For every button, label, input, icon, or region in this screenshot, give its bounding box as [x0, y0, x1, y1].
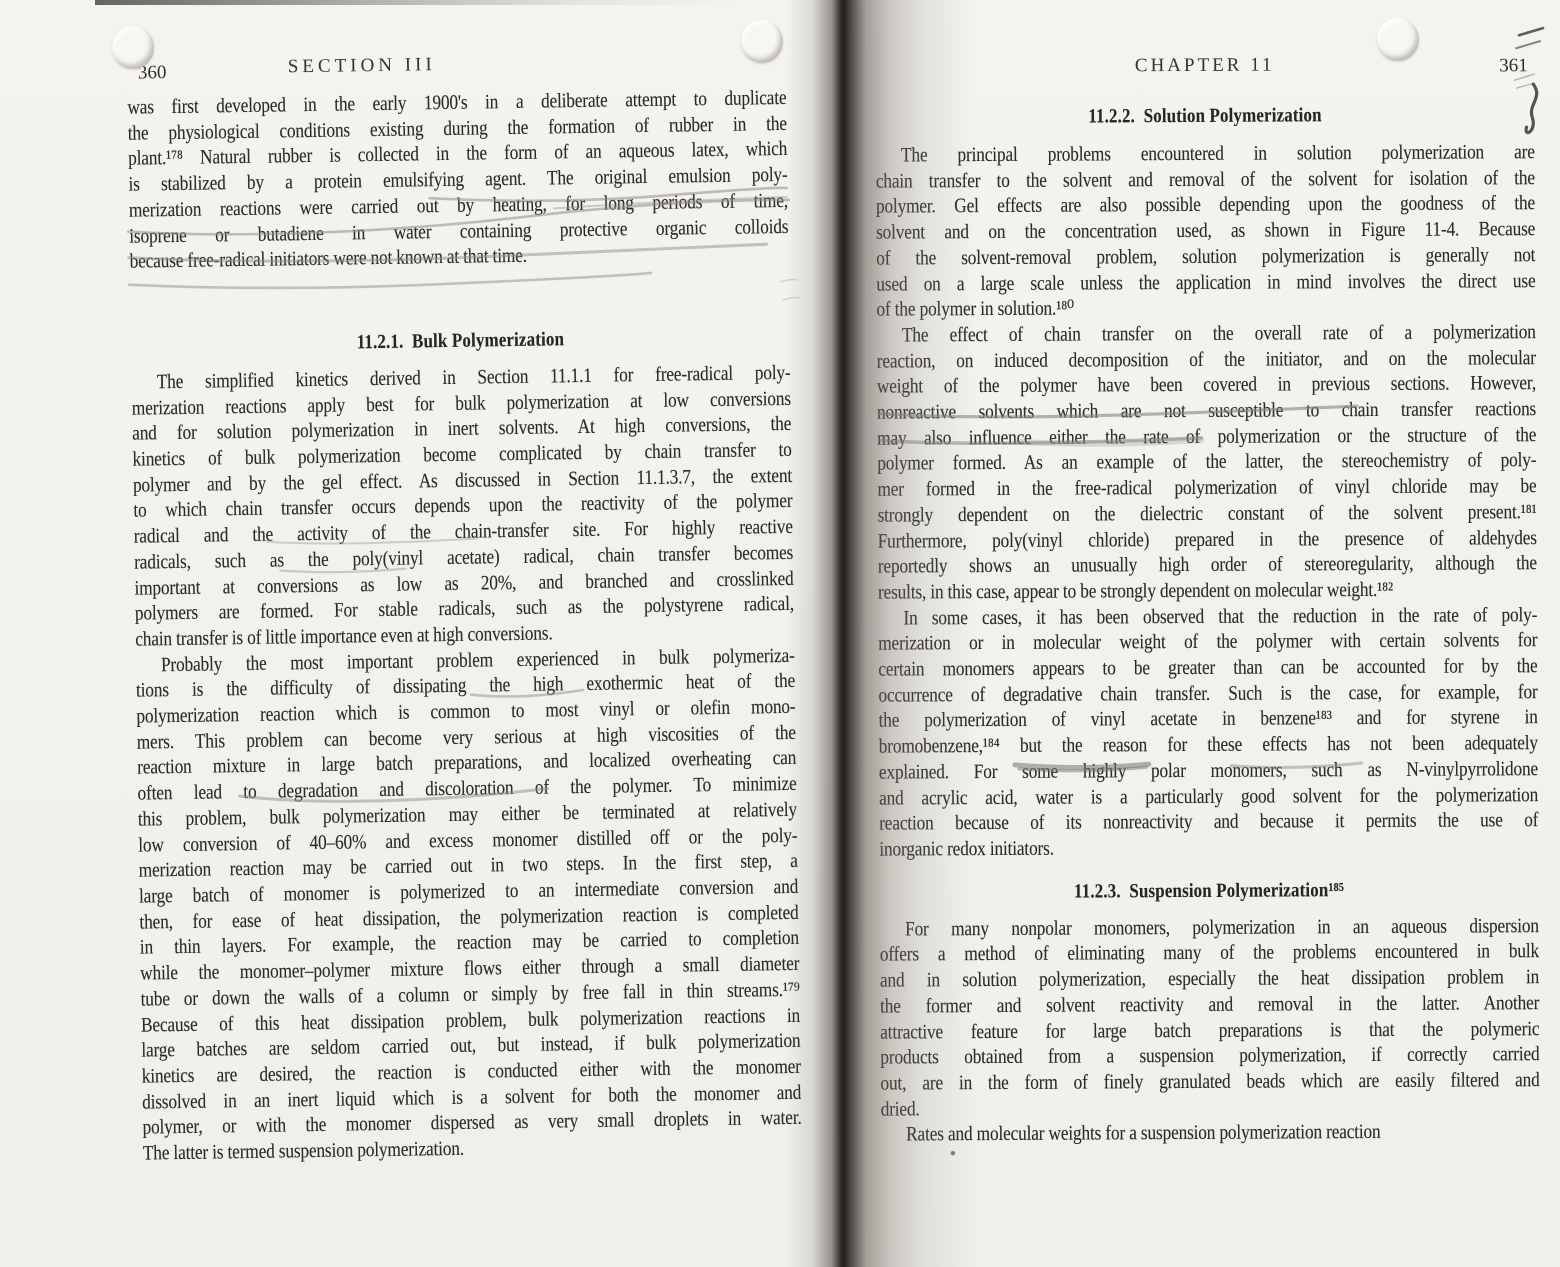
punch-hole — [741, 20, 783, 63]
text-line: Furthermore, poly(vinyl chloride) prepar… — [878, 526, 1537, 555]
page-number-right: 361 — [1499, 55, 1528, 77]
text-line: used on a large scale unless the applica… — [876, 269, 1535, 298]
text-line: occurrence of degradative chain transfer… — [878, 680, 1537, 709]
paragraph: The simplified kinetics derived in Secti… — [131, 361, 794, 653]
text-line: offers a method of eliminating many of t… — [880, 940, 1539, 969]
text-line: strongly dependent on the dielectric con… — [877, 500, 1536, 529]
running-head-left: SECTION III — [288, 54, 436, 78]
text-line: attractive feature for large batch prepa… — [880, 1017, 1539, 1046]
text-line: polymer formed. As an example of the lat… — [877, 449, 1536, 478]
stray-ink-dot — [951, 1151, 955, 1155]
left-text-column: was first developed in the early 1900's … — [127, 86, 802, 1167]
text-line: polymer. Gel effects are also possible d… — [876, 192, 1535, 221]
text-line: reaction because of its nonreactivity an… — [879, 808, 1538, 837]
text-line: the polymerization of vinyl acetate in b… — [879, 706, 1538, 735]
text-line: of the polymer in solution.¹⁸⁰ — [876, 294, 1535, 323]
text-line: results, in this case, appear to be stro… — [878, 577, 1537, 606]
paragraph: The principal problems encountered in so… — [876, 140, 1536, 323]
text-line: certain monomers appears to be greater t… — [878, 654, 1537, 683]
text-line: Rates and molecular weights for a suspen… — [881, 1119, 1540, 1148]
text-line: reportedly shows an unusually high order… — [878, 551, 1537, 580]
section-heading-suspension-polymerization: 11.2.3. Suspension Polymerization¹⁸⁵ — [879, 876, 1538, 905]
text-line: The effect of chain transfer on the over… — [877, 320, 1536, 349]
text-line: weight of the polymer have been covered … — [877, 371, 1536, 400]
text-line: mer formed in the free-radical polymeriz… — [877, 474, 1536, 503]
text-line: products obtained from a suspension poly… — [880, 1042, 1539, 1071]
text-line: the former and solvent reactivity and re… — [880, 991, 1539, 1020]
text-line: may also influence either the rate of po… — [877, 423, 1536, 452]
paragraph: In some cases, it has been observed that… — [878, 603, 1538, 863]
text-line: bromobenzene,¹⁸⁴ but the reason for thes… — [879, 731, 1538, 760]
section-heading-solution-polymerization: 11.2.2. Solution Polymerization — [875, 101, 1534, 130]
text-line: explained. For some highly polar monomer… — [879, 757, 1538, 786]
text-line: and acrylic acid, water is a particularl… — [879, 783, 1538, 812]
text-line: and in solution polymerization, especial… — [880, 965, 1539, 994]
paragraph: The effect of chain transfer on the over… — [877, 320, 1538, 606]
text-line: dried. — [881, 1094, 1540, 1123]
text-line: of the solvent-removal problem, solution… — [876, 243, 1535, 272]
paragraph: Rates and molecular weights for a suspen… — [881, 1119, 1540, 1148]
right-page: CHAPTER 11 361 11.2.2. Solution Polymeri… — [810, 0, 1560, 1267]
text-line: For many nonpolar monomers, polymerizati… — [880, 914, 1539, 943]
text-line: chain transfer to the solvent and remova… — [876, 166, 1535, 195]
text-line: The principal problems encountered in so… — [876, 140, 1535, 169]
punch-hole — [112, 26, 154, 69]
text-line: reaction, on induced decomposition of th… — [877, 346, 1536, 375]
scanned-book-spread: 360 SECTION III was first developed in t… — [0, 0, 1560, 1267]
right-text-column: 11.2.2. Solution Polymerization The prin… — [875, 101, 1540, 1148]
text-line: In some cases, it has been observed that… — [878, 603, 1537, 632]
text-line: inorganic redox initiators. — [879, 834, 1538, 863]
text-line: merization or in molecular weight of the… — [878, 628, 1537, 657]
text-line: solvent and on the concentration used, a… — [876, 217, 1535, 246]
running-head-right: CHAPTER 11 — [875, 53, 1534, 78]
paragraph-intro: was first developed in the early 1900's … — [127, 86, 789, 276]
section-heading-bulk-polymerization: 11.2.1. Bulk Polymerization — [131, 323, 790, 359]
text-line: out, are in the form of finely granulate… — [880, 1068, 1539, 1097]
text-line: nonreactive solvents which are not susce… — [877, 397, 1536, 426]
paragraph: Probably the most important problem expe… — [135, 644, 802, 1168]
paragraph: For many nonpolar monomers, polymerizati… — [880, 914, 1540, 1123]
left-page: 360 SECTION III was first developed in t… — [0, 0, 810, 1267]
punch-hole — [1377, 18, 1419, 61]
